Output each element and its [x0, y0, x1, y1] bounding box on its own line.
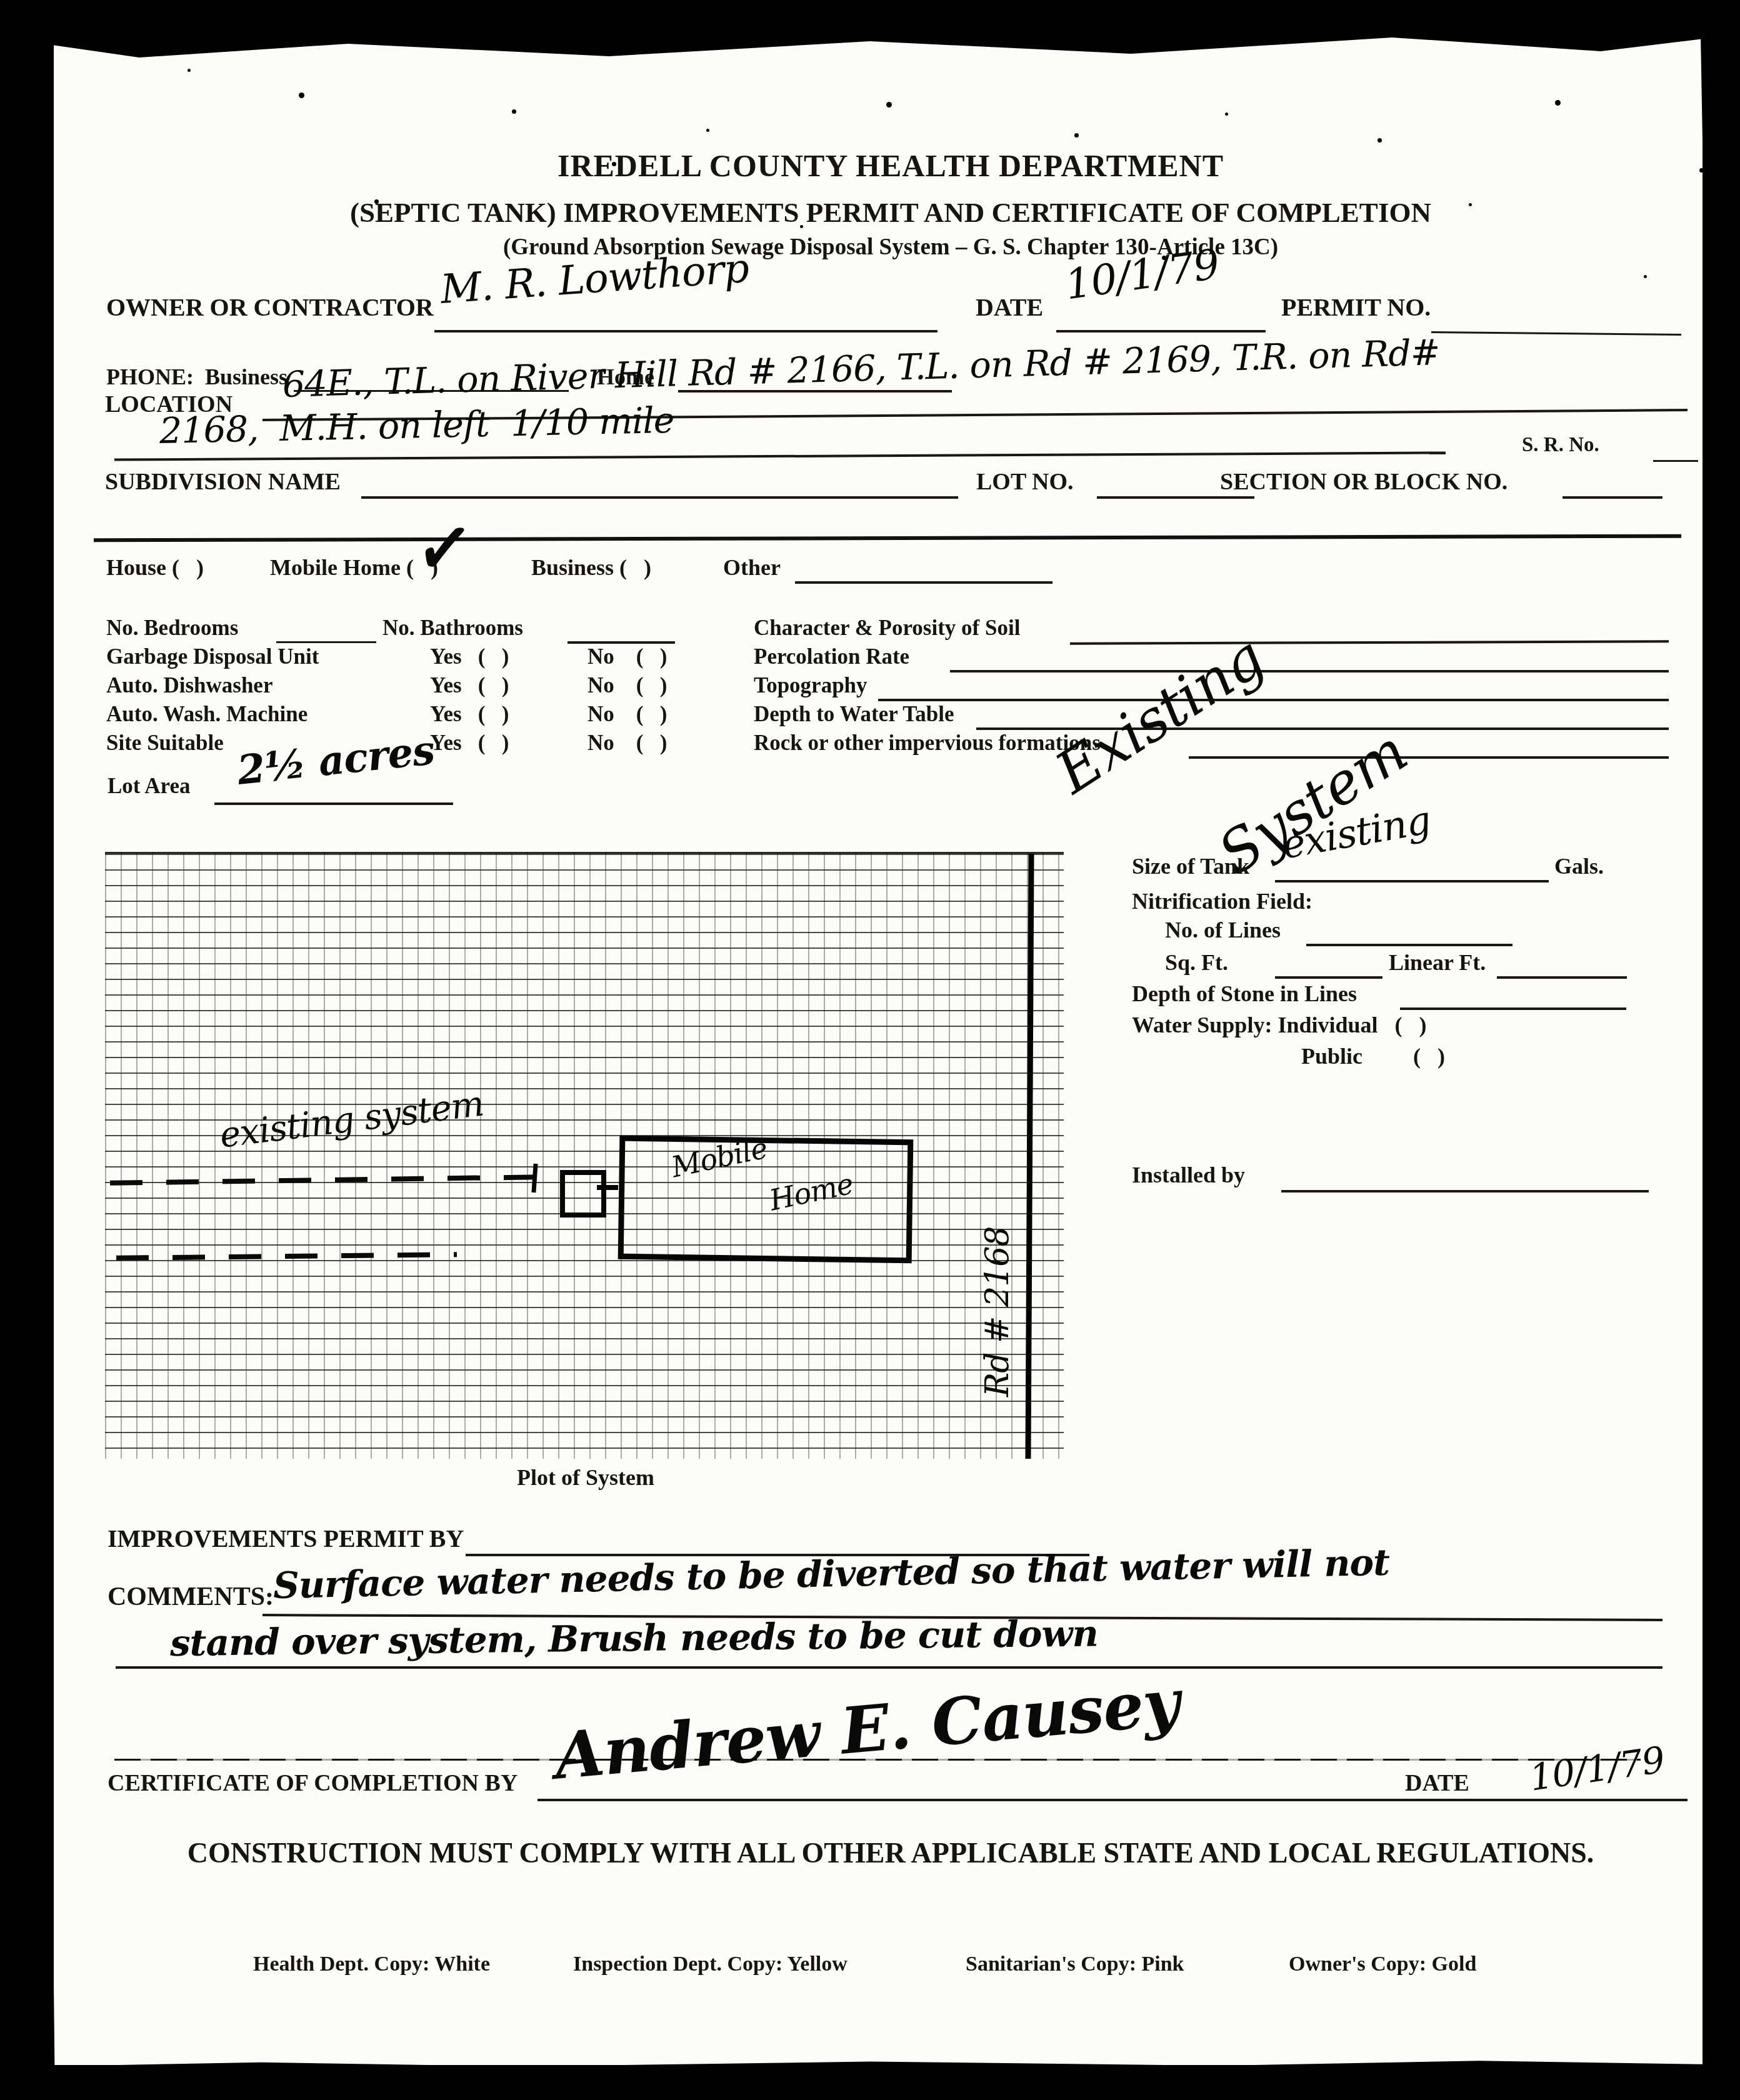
scan-edge-bottom: [0, 2060, 1740, 2100]
plot-road-line: [1025, 854, 1034, 1459]
scanned-permit-form: IREDELL COUNTY HEALTH DEPARTMENT (SEPTIC…: [0, 0, 1740, 2100]
feature-washmachine-label: Auto. Wash. Machine: [106, 703, 307, 725]
feature-sitesuitable-label: Site Suitable: [106, 732, 224, 754]
plot-road-note: Rd # 2168: [981, 991, 1014, 1397]
plot-grid: [105, 852, 1064, 1459]
scan-noise-specks: [187, 69, 191, 72]
feature-sitesuitable-yes: Yes ( ): [430, 732, 509, 754]
water-supply-individual-label: Water Supply: Individual ( ): [1132, 1014, 1426, 1036]
certificate-date-label: DATE: [1405, 1771, 1469, 1795]
nitrification-label: Nitrification Field:: [1132, 890, 1312, 912]
linear-ft-label: Linear Ft.: [1389, 951, 1486, 974]
page-subtitle2: (Ground Absorption Sewage Disposal Syste…: [62, 236, 1719, 259]
installed-by-label: Installed by: [1132, 1164, 1245, 1186]
page-title: IREDELL COUNTY HEALTH DEPARTMENT: [62, 150, 1719, 181]
section-block-line: [1562, 496, 1662, 499]
feature-garbage-label: Garbage Disposal Unit: [106, 646, 319, 667]
water-supply-public-label: Public ( ): [1301, 1045, 1445, 1067]
compliance-notice: CONSTRUCTION MUST COMPLY WITH ALL OTHER …: [62, 1839, 1719, 1867]
subdivision-line: [361, 496, 958, 499]
soil-percolation-line: [950, 670, 1669, 672]
feature-sitesuitable-no: No ( ): [587, 732, 667, 754]
mobile-home-option: Mobile Home ( ): [270, 556, 438, 579]
page-subtitle: (SEPTIC TANK) IMPROVEMENTS PERMIT AND CE…: [62, 199, 1719, 227]
tank-gals-label: Gals.: [1554, 855, 1604, 877]
no-of-lines-line: [1306, 944, 1512, 946]
feature-garbage-yes: Yes ( ): [430, 646, 509, 667]
feature-dishwasher-no: No ( ): [587, 674, 667, 696]
improvements-permit-by-label: IMPROVEMENTS PERMIT BY: [107, 1526, 464, 1551]
plot-caption: Plot of System: [517, 1466, 654, 1489]
bathrooms-line: [567, 641, 675, 644]
comments-label: COMMENTS:: [107, 1584, 274, 1610]
stone-depth-line: [1400, 1007, 1626, 1010]
mobile-home-checkmark: ✓: [413, 508, 476, 589]
installed-by-line: [1281, 1190, 1649, 1192]
copy-health-dept: Health Dept. Copy: White: [253, 1954, 490, 1975]
stone-depth-label: Depth of Stone in Lines: [1132, 982, 1357, 1005]
soil-percolation-label: Percolation Rate: [754, 646, 909, 667]
soil-rock-line: [1189, 756, 1669, 759]
lot-no-line: [1097, 496, 1254, 499]
sq-ft-line: [1275, 976, 1382, 979]
scan-edge-left: [0, 0, 55, 2100]
location-value-line2: 2168, M.H. on left 1/10 mile: [159, 403, 674, 449]
bathrooms-label: No. Bathrooms: [382, 617, 523, 639]
soil-topography-label: Topography: [754, 674, 867, 696]
tank-size-label: Size of Tank: [1132, 855, 1249, 877]
owner-line: [434, 330, 937, 332]
feature-dishwasher-yes: Yes ( ): [430, 674, 509, 696]
feature-garbage-no: No ( ): [587, 646, 667, 667]
feature-washmachine-yes: Yes ( ): [430, 703, 509, 725]
feature-washmachine-no: No ( ): [587, 703, 667, 725]
no-of-lines-label: No. of Lines: [1165, 919, 1281, 941]
copy-owner: Owner's Copy: Gold: [1289, 1954, 1476, 1975]
sr-no-line: [1653, 460, 1698, 462]
plot-tank-symbol: [560, 1170, 606, 1217]
subdivision-label: SUBDIVISION NAME: [105, 470, 341, 494]
house-option: House ( ): [106, 556, 204, 579]
lot-area-line: [214, 802, 453, 805]
comments-underline-2: [116, 1666, 1662, 1669]
copy-inspection-dept: Inspection Dept. Copy: Yellow: [573, 1954, 847, 1975]
soil-topography-line: [878, 699, 1669, 701]
sq-ft-label: Sq. Ft.: [1165, 951, 1228, 974]
sr-no-label: S. R. No.: [1522, 435, 1599, 456]
copy-sanitarian: Sanitarian's Copy: Pink: [966, 1954, 1184, 1975]
soil-watertable-label: Depth to Water Table: [754, 703, 954, 725]
section-block-label: SECTION OR BLOCK NO.: [1220, 470, 1507, 494]
comments-line2-value: stand over system, Brush needs to be cut…: [170, 1615, 1098, 1661]
bedrooms-line: [276, 641, 376, 643]
lot-no-label: LOT NO.: [976, 470, 1074, 494]
soil-character-label: Character & Porosity of Soil: [754, 617, 1020, 639]
lot-area-label: Lot Area: [107, 775, 191, 797]
scan-edge-right: [1700, 0, 1740, 2100]
plot-tank-connector: [597, 1185, 618, 1190]
date-line: [1056, 330, 1266, 332]
certificate-signature-line: [537, 1799, 1687, 1801]
other-option-label: Other: [723, 556, 781, 579]
business-option: Business ( ): [531, 556, 651, 579]
owner-contractor-label: OWNER OR CONTRACTOR: [106, 295, 434, 320]
feature-dishwasher-label: Auto. Dishwasher: [106, 674, 272, 696]
other-option-line: [795, 581, 1052, 584]
tank-size-line: [1275, 880, 1549, 882]
date-label: DATE: [976, 295, 1043, 320]
linear-ft-line: [1497, 976, 1627, 979]
permit-no-label: PERMIT NO.: [1281, 295, 1431, 320]
certificate-label: CERTIFICATE OF COMPLETION BY: [107, 1771, 517, 1795]
phone-business-label: PHONE: Business: [106, 366, 287, 388]
bedrooms-label: No. Bedrooms: [106, 617, 238, 639]
